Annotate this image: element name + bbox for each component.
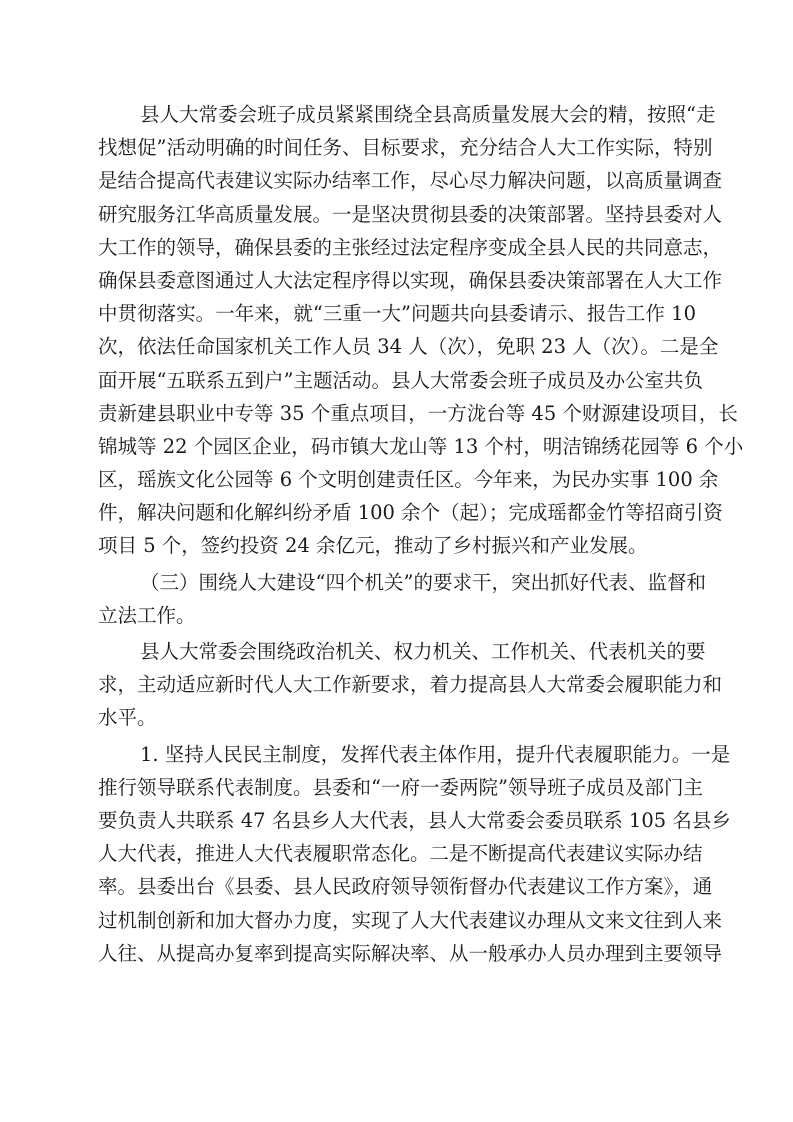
heading-line: （三）围绕人大建设“四个机关”的要求干，突出抓好代表、监督和 bbox=[98, 566, 696, 599]
paragraph-intro: 县人大常委会围绕政治机关、权力机关、工作机关、代表机关的要 求，主动适应新时代人… bbox=[98, 635, 696, 735]
text-line: 确保县委意图通过人大法定程序得以实现，确保县委决策部署在人大工作 bbox=[98, 264, 696, 297]
text-line: 是结合提高代表建议实际办结率工作，尽心尽力解决问题，以高质量调查 bbox=[98, 164, 696, 197]
text-line: 项目 5 个，签约投资 24 余亿元，推动了乡村振兴和产业发展。 bbox=[98, 529, 696, 562]
text-line: 要负责人共联系 47 名县乡人大代表，县人大常委会委员联系 105 名县乡 bbox=[98, 804, 696, 837]
paragraph-item-1: 1. 坚持人民民主制度，发挥代表主体作用，提升代表履职能力。一是 推行领导联系代… bbox=[98, 738, 696, 970]
text-line: 次，依法任命国家机关工作人员 34 人（次），免职 23 人（次）。二是全 bbox=[98, 330, 696, 363]
text-line: 县人大常委会围绕政治机关、权力机关、工作机关、代表机关的要 bbox=[98, 635, 696, 668]
text-line: 水平。 bbox=[98, 701, 696, 734]
text-line: 面开展“五联系五到户”主题活动。县人大常委会班子成员及办公室共负 bbox=[98, 364, 696, 397]
text-line: 推行领导联系代表制度。县委和“一府一委两院”领导班子成员及部门主 bbox=[98, 771, 696, 804]
text-line: 1. 坚持人民民主制度，发挥代表主体作用，提升代表履职能力。一是 bbox=[98, 738, 696, 771]
text-line: 过机制创新和加大督办力度，实现了人大代表建议办理从文来文往到人来 bbox=[98, 904, 696, 937]
paragraph-work-summary: 县人大常委会班子成员紧紧围绕全县高质量发展大会的精，按照“走 找想促”活动明确的… bbox=[98, 98, 696, 563]
text-line: 人大代表，推进人大代表履职常态化。二是不断提高代表建议实际办结 bbox=[98, 837, 696, 870]
text-line: 件，解决问题和化解纠纷矛盾 100 余个（起）；完成瑶都金竹等招商引资 bbox=[98, 496, 696, 529]
text-line: 找想促”活动明确的时间任务、目标要求，充分结合人大工作实际，特别 bbox=[98, 131, 696, 164]
text-line: 锦城等 22 个园区企业，码市镇大龙山等 13 个村，明洁锦绣花园等 6 个小 bbox=[98, 430, 696, 463]
text-line: 区，瑶族文化公园等 6 个文明创建责任区。今年来，为民办实事 100 余 bbox=[98, 463, 696, 496]
text-line: 求，主动适应新时代人大工作新要求，着力提高县人大常委会履职能力和 bbox=[98, 668, 696, 701]
heading-line: 立法工作。 bbox=[98, 599, 696, 632]
text-line: 大工作的领导，确保县委的主张经过法定程序变成全县人民的共同意志， bbox=[98, 231, 696, 264]
text-line: 率。县委出台《县委、县人民政府领导领衔督办代表建议工作方案》，通 bbox=[98, 870, 696, 903]
text-line: 研究服务江华高质量发展。一是坚决贯彻县委的决策部署。坚持县委对人 bbox=[98, 198, 696, 231]
text-line: 责新建县职业中专等 35 个重点项目，一方泷台等 45 个财源建设项目，长 bbox=[98, 397, 696, 430]
text-line: 中贯彻落实。一年来，就“三重一大”问题共向县委请示、报告工作 10 bbox=[98, 297, 696, 330]
text-line: 人往、从提高办复率到提高实际解决率、从一般承办人员办理到主要领导 bbox=[98, 937, 696, 970]
document-page: 县人大常委会班子成员紧紧围绕全县高质量发展大会的精，按照“走 找想促”活动明确的… bbox=[98, 98, 696, 970]
section-heading-four-organs: （三）围绕人大建设“四个机关”的要求干，突出抓好代表、监督和 立法工作。 bbox=[98, 566, 696, 632]
text-line: 县人大常委会班子成员紧紧围绕全县高质量发展大会的精，按照“走 bbox=[98, 98, 696, 131]
